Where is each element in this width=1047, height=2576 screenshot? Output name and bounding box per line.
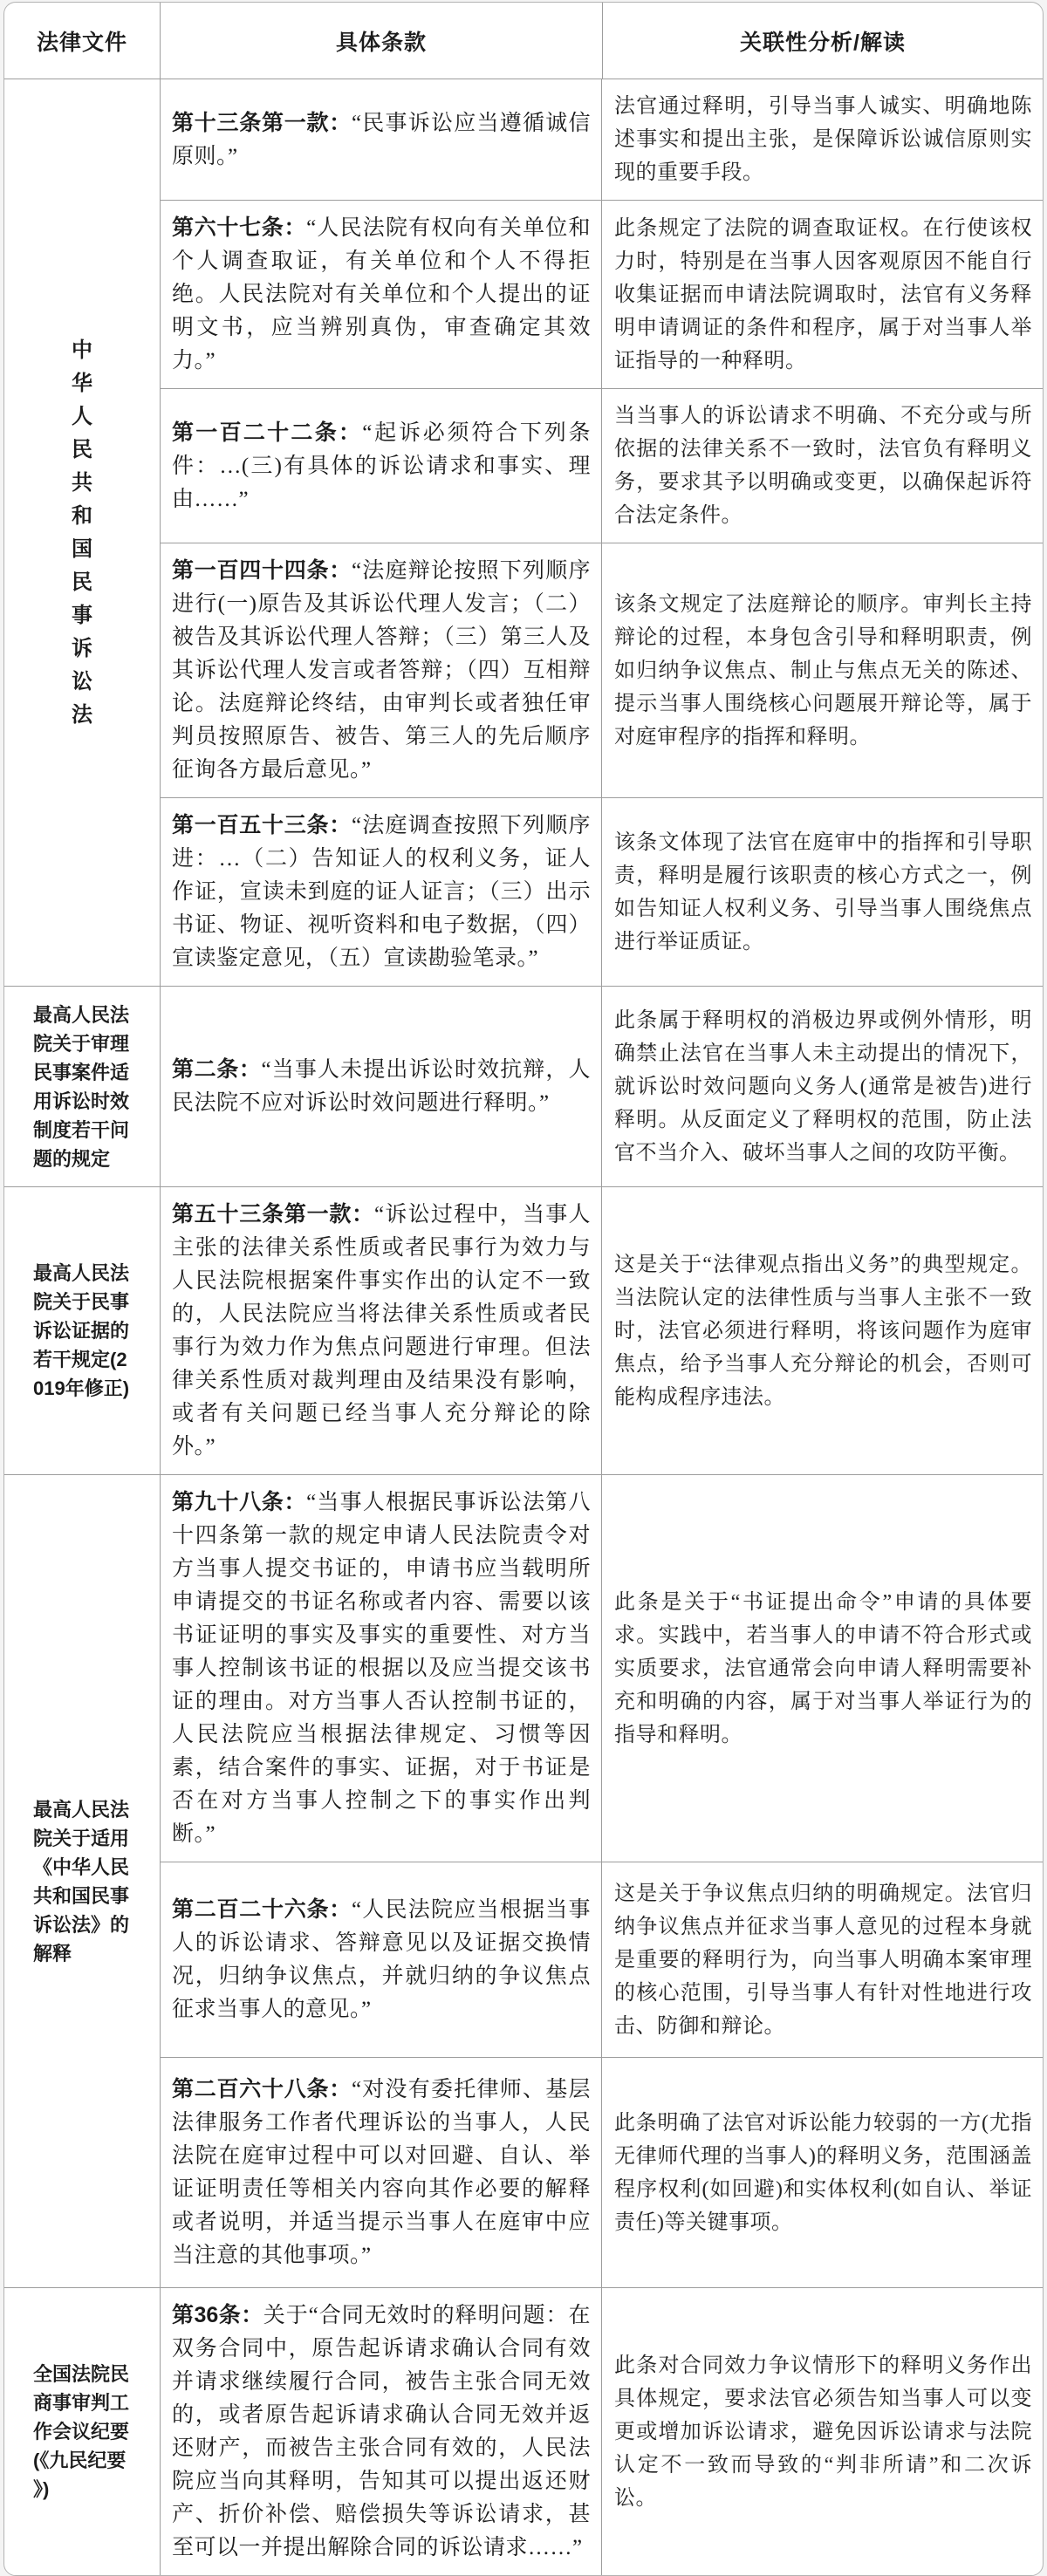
analysis-cell: 该条文规定了法庭辩论的顺序。审判长主持辩论的过程，本身包含引导和释明职责，例如归…: [602, 543, 1043, 797]
article-number: 第36条：: [172, 2303, 263, 2327]
column-header-relevance-analysis: 关联性分析/解读: [603, 3, 1043, 79]
analysis-text: 这是关于争议焦点归纳的明确规定。法官归纳争议焦点并征求当事人意见的过程本身就是重…: [614, 1877, 1032, 2043]
table-row: 第十三条第一款：“民事诉讼应当遵循诚信原则。” 法官通过释明，引导当事人诚实、明…: [161, 79, 1043, 200]
table-row-group-jiumin-minutes: 全国法院民商事审判工作会议纪要(《九民纪要》) 第36条：关于“合同无效时的释明…: [4, 2288, 1043, 2575]
doc-name-cell: 最高人民法院关于适用《中华人民共和国民事诉讼法》的解释: [4, 1475, 161, 2287]
clause-text: 第六十七条：“人民法院有权向有关单位和个人调查取证，有关单位和个人不得拒绝。人民…: [172, 211, 591, 378]
table-row: 第二百二十六条：“人民法院应当根据当事人的诉讼请求、答辩意见以及证据交换情况，归…: [161, 1862, 1043, 2057]
article-number: 第二条：: [172, 1057, 262, 1082]
clause-cell: 第二百二十六条：“人民法院应当根据当事人的诉讼请求、答辩意见以及证据交换情况，归…: [161, 1862, 602, 2057]
analysis-text: 此条对合同效力争议情形下的释明义务作出具体规定，要求法官必须告知当事人可以变更或…: [614, 2349, 1032, 2515]
article-number: 第二百二十六条：: [172, 1897, 352, 1922]
analysis-cell: 此条对合同效力争议情形下的释明义务作出具体规定，要求法官必须告知当事人可以变更或…: [602, 2288, 1043, 2575]
clause-text: 第二条：“当事人未提出诉讼时效抗辩，人民法院不应对诉讼时效问题进行释明。”: [172, 1053, 591, 1120]
table-row-group-civil-procedure-law: 中华人民共和国民事诉讼法 第十三条第一款：“民事诉讼应当遵循诚信原则。” 法官通…: [4, 79, 1043, 987]
article-number: 第五十三条第一款：: [172, 1202, 374, 1227]
clause-cell: 第五十三条第一款：“诉讼过程中，当事人主张的法律关系性质或者民事行为效力与人民法…: [161, 1187, 602, 1474]
analysis-text: 法官通过释明，引导当事人诚实、明确地陈述事实和提出主张，是保障诉讼诚信原则实现的…: [614, 90, 1032, 189]
clause-text: 第九十八条：“当事人根据民事诉讼法第八十四条第一款的规定申请人民法院责令对方当事…: [172, 1486, 591, 1851]
legal-comparison-table: 法律文件 具体条款 关联性分析/解读 中华人民共和国民事诉讼法 第十三条第一款：…: [3, 2, 1044, 2576]
table-row: 第36条：关于“合同无效时的释明问题：在双务合同中，原告起诉请求确认合同有效并请…: [161, 2288, 1043, 2575]
article-quote: “对没有委托律师、基层法律服务工作者代理诉讼的当事人，人民法院在庭审过程中可以对…: [172, 2078, 591, 2267]
article-number: 第一百四十四条：: [172, 558, 352, 583]
table-header-row: 法律文件 具体条款 关联性分析/解读: [4, 3, 1043, 79]
analysis-cell: 此条属于释明权的消极边界或例外情形，明确禁止法官在当事人未主动提出的情况下，就诉…: [602, 987, 1043, 1186]
doc-name-label: 最高人民法院关于适用《中华人民共和国民事诉讼法》的解释: [33, 1795, 131, 1968]
table-row-group-evidence-provisions: 最高人民法院关于民事诉讼证据的若干规定(2019年修正) 第五十三条第一款：“诉…: [4, 1187, 1043, 1475]
clause-text: 第一百四十四条：“法庭辩论按照下列顺序进行(一)原告及其诉讼代理人发言；（二）被…: [172, 554, 591, 787]
table-row: 第二百六十八条：“对没有委托律师、基层法律服务工作者代理诉讼的当事人，人民法院在…: [161, 2057, 1043, 2287]
table-row-group-cpl-interpretation: 最高人民法院关于适用《中华人民共和国民事诉讼法》的解释 第九十八条：“当事人根据…: [4, 1475, 1043, 2288]
article-number: 第一百五十三条：: [172, 813, 352, 837]
analysis-text: 该条文规定了法庭辩论的顺序。审判长主持辩论的过程，本身包含引导和释明职责，例如归…: [614, 588, 1032, 754]
doc-name-cell: 中华人民共和国民事诉讼法: [4, 79, 161, 986]
table-row: 第二条：“当事人未提出诉讼时效抗辩，人民法院不应对诉讼时效问题进行释明。” 此条…: [161, 987, 1043, 1186]
clause-cell: 第一百二十二条：“起诉必须符合下列条件：…(三)有具体的诉讼请求和事实、理由………: [161, 389, 602, 543]
column-header-legal-document: 法律文件: [4, 3, 161, 79]
clause-cell: 第二百六十八条：“对没有委托律师、基层法律服务工作者代理诉讼的当事人，人民法院在…: [161, 2058, 602, 2287]
table-row: 第一百五十三条：“法庭调查按照下列顺序进：…（二）告知证人的权利义务，证人作证，…: [161, 797, 1043, 986]
analysis-text: 此条是关于“书证提出命令”申请的具体要求。实践中，若当事人的申请不符合形式或实质…: [614, 1586, 1032, 1752]
clause-cell: 第二条：“当事人未提出诉讼时效抗辩，人民法院不应对诉讼时效问题进行释明。”: [161, 987, 602, 1186]
clause-text: 第五十三条第一款：“诉讼过程中，当事人主张的法律关系性质或者民事行为效力与人民法…: [172, 1198, 591, 1464]
table-row: 第六十七条：“人民法院有权向有关单位和个人调查取证，有关单位和个人不得拒绝。人民…: [161, 200, 1043, 388]
table-row: 第一百四十四条：“法庭辩论按照下列顺序进行(一)原告及其诉讼代理人发言；（二）被…: [161, 543, 1043, 797]
analysis-text: 此条规定了法院的调查取证权。在行使该权力时，特别是在当事人因客观原因不能自行收集…: [614, 212, 1032, 378]
article-number: 第二百六十八条：: [172, 2077, 352, 2101]
clause-text: 第二百二十六条：“人民法院应当根据当事人的诉讼请求、答辩意见以及证据交换情况，归…: [172, 1893, 591, 2026]
provision-rows: 第十三条第一款：“民事诉讼应当遵循诚信原则。” 法官通过释明，引导当事人诚实、明…: [161, 79, 1043, 986]
article-quote: “当事人根据民事诉讼法第八十四条第一款的规定申请人民法院责令对方当事人提交书证的…: [172, 1491, 591, 1846]
clause-text: 第二百六十八条：“对没有委托律师、基层法律服务工作者代理诉讼的当事人，人民法院在…: [172, 2073, 591, 2272]
article-number: 第九十八条：: [172, 1490, 306, 1514]
article-quote: 关于“合同无效时的释明问题：在双务合同中，原告起诉请求确认合同有效并请求继续履行…: [172, 2304, 591, 2559]
table-row: 第五十三条第一款：“诉讼过程中，当事人主张的法律关系性质或者民事行为效力与人民法…: [161, 1187, 1043, 1474]
doc-name-cell: 最高人民法院关于民事诉讼证据的若干规定(2019年修正): [4, 1187, 161, 1474]
analysis-cell: 该条文体现了法官在庭审中的指挥和引导职责，释明是履行该职责的核心方式之一，例如告…: [602, 798, 1043, 986]
clause-text: 第一百五十三条：“法庭调查按照下列顺序进：…（二）告知证人的权利义务，证人作证，…: [172, 809, 591, 975]
provision-rows: 第五十三条第一款：“诉讼过程中，当事人主张的法律关系性质或者民事行为效力与人民法…: [161, 1187, 1043, 1474]
doc-name-cell: 全国法院民商事审判工作会议纪要(《九民纪要》): [4, 2288, 161, 2575]
clause-cell: 第36条：关于“合同无效时的释明问题：在双务合同中，原告起诉请求确认合同有效并请…: [161, 2288, 602, 2575]
analysis-text: 该条文体现了法官在庭审中的指挥和引导职责，释明是履行该职责的核心方式之一，例如告…: [614, 826, 1032, 959]
article-number: 第一百二十二条：: [172, 420, 362, 445]
provision-rows: 第二条：“当事人未提出诉讼时效抗辩，人民法院不应对诉讼时效问题进行释明。” 此条…: [161, 987, 1043, 1186]
analysis-text: 此条属于释明权的消极边界或例外情形，明确禁止法官在当事人未主动提出的情况下，就诉…: [614, 1004, 1032, 1170]
clause-cell: 第十三条第一款：“民事诉讼应当遵循诚信原则。”: [161, 79, 602, 200]
analysis-cell: 此条规定了法院的调查取证权。在行使该权力时，特别是在当事人因客观原因不能自行收集…: [602, 201, 1043, 388]
table-row-group-limitation-provisions: 最高人民法院关于审理民事案件适用诉讼时效制度若干问题的规定 第二条：“当事人未提…: [4, 987, 1043, 1187]
analysis-cell: 这是关于争议焦点归纳的明确规定。法官归纳争议焦点并征求当事人意见的过程本身就是重…: [602, 1862, 1043, 2057]
analysis-cell: 这是关于“法律观点指出义务”的典型规定。当法院认定的法律性质与当事人主张不一致时…: [602, 1187, 1043, 1474]
clause-cell: 第一百四十四条：“法庭辩论按照下列顺序进行(一)原告及其诉讼代理人发言；（二）被…: [161, 543, 602, 797]
clause-text: 第36条：关于“合同无效时的释明问题：在双务合同中，原告起诉请求确认合同有效并请…: [172, 2299, 591, 2565]
doc-name-label: 最高人民法院关于审理民事案件适用诉讼时效制度若干问题的规定: [33, 1001, 131, 1173]
clause-cell: 第九十八条：“当事人根据民事诉讼法第八十四条第一款的规定申请人民法院责令对方当事…: [161, 1475, 602, 1862]
table-row: 第九十八条：“当事人根据民事诉讼法第八十四条第一款的规定申请人民法院责令对方当事…: [161, 1475, 1043, 1862]
analysis-cell: 此条是关于“书证提出命令”申请的具体要求。实践中，若当事人的申请不符合形式或实质…: [602, 1475, 1043, 1862]
article-quote: “诉讼过程中，当事人主张的法律关系性质或者民事行为效力与人民法院根据案件事实作出…: [172, 1203, 591, 1459]
article-number: 第十三条第一款：: [172, 111, 352, 135]
analysis-text: 此条明确了法官对诉讼能力较弱的一方(尤指无律师代理的当事人)的释明义务，范围涵盖…: [614, 2107, 1032, 2239]
doc-name-label: 全国法院民商事审判工作会议纪要(《九民纪要》): [33, 2360, 131, 2504]
clause-cell: 第一百五十三条：“法庭调查按照下列顺序进：…（二）告知证人的权利义务，证人作证，…: [161, 798, 602, 986]
article-number: 第六十七条：: [172, 215, 306, 240]
table-row: 第一百二十二条：“起诉必须符合下列条件：…(三)有具体的诉讼请求和事实、理由………: [161, 388, 1043, 543]
doc-name-label: 中华人民共和国民事诉讼法: [71, 334, 93, 732]
doc-name-label: 最高人民法院关于民事诉讼证据的若干规定(2019年修正): [33, 1259, 131, 1403]
column-header-specific-provision: 具体条款: [161, 3, 603, 79]
analysis-text: 当当事人的诉讼请求不明确、不充分或与所依据的法律关系不一致时，法官负有释明义务，…: [614, 400, 1032, 532]
clause-cell: 第六十七条：“人民法院有权向有关单位和个人调查取证，有关单位和个人不得拒绝。人民…: [161, 201, 602, 388]
provision-rows: 第36条：关于“合同无效时的释明问题：在双务合同中，原告起诉请求确认合同有效并请…: [161, 2288, 1043, 2575]
doc-name-cell: 最高人民法院关于审理民事案件适用诉讼时效制度若干问题的规定: [4, 987, 161, 1186]
analysis-cell: 当当事人的诉讼请求不明确、不充分或与所依据的法律关系不一致时，法官负有释明义务，…: [602, 389, 1043, 543]
provision-rows: 第九十八条：“当事人根据民事诉讼法第八十四条第一款的规定申请人民法院责令对方当事…: [161, 1475, 1043, 2287]
analysis-text: 这是关于“法律观点指出义务”的典型规定。当法院认定的法律性质与当事人主张不一致时…: [614, 1248, 1032, 1414]
analysis-cell: 此条明确了法官对诉讼能力较弱的一方(尤指无律师代理的当事人)的释明义务，范围涵盖…: [602, 2058, 1043, 2287]
analysis-cell: 法官通过释明，引导当事人诚实、明确地陈述事实和提出主张，是保障诉讼诚信原则实现的…: [602, 79, 1043, 200]
clause-text: 第一百二十二条：“起诉必须符合下列条件：…(三)有具体的诉讼请求和事实、理由………: [172, 416, 591, 516]
article-quote: “法庭辩论按照下列顺序进行(一)原告及其诉讼代理人发言；（二）被告及其诉讼代理人…: [172, 559, 591, 782]
clause-text: 第十三条第一款：“民事诉讼应当遵循诚信原则。”: [172, 106, 591, 174]
